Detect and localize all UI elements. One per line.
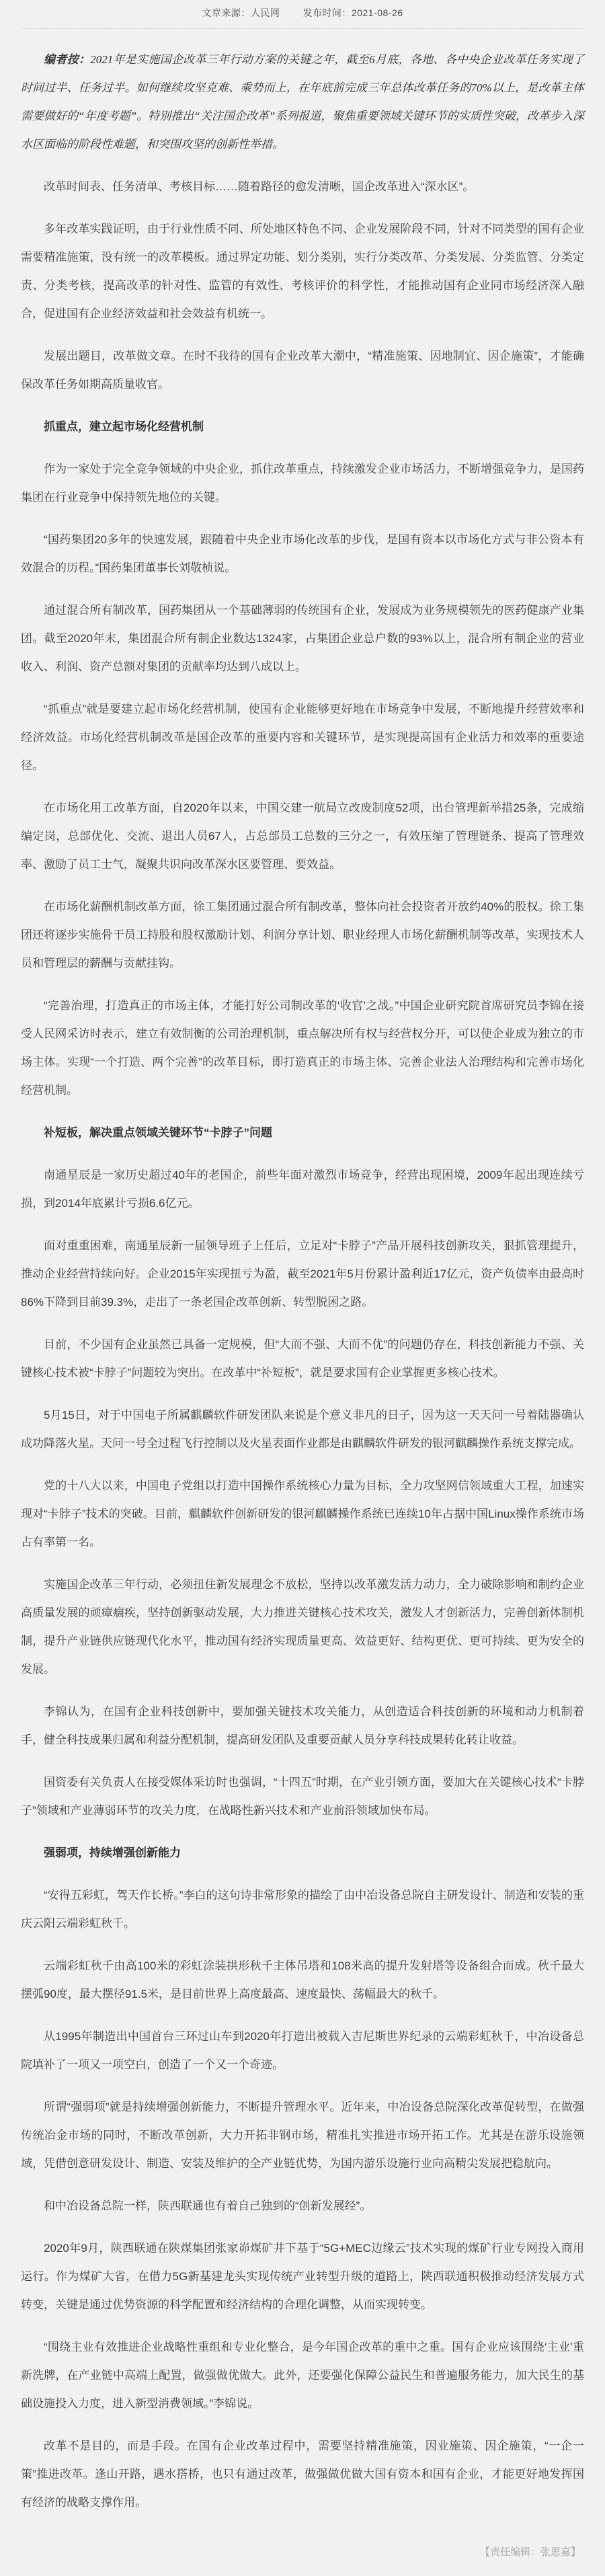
article-paragraph: 从1995年制造出中国首台三环过山车到2020年打造出被载入吉尼斯世界纪录的云端… (21, 2023, 584, 2079)
editor-note: 编者按：2021年是实施国企改革三年行动方案的关键之年，截至6月底，各地、各中央… (21, 46, 584, 159)
article-paragraph: 国资委有关负责人在接受媒体采访时也强调，“十四五”时期，在产业引领方面，要加大在… (21, 1768, 584, 1825)
section-heading: 强弱项，持续增强创新能力 (21, 1839, 584, 1867)
article-paragraph: 实施国企改革三年行动，必须扭住新发展理念不放松，坚持以改革激发活力动力，全力破除… (21, 1571, 584, 1684)
article-paragraph: 通过混合所有制改革，国药集团从一个基础薄弱的传统国有企业，发展成为业务规模领先的… (21, 596, 584, 681)
editor-note-label: 编者按： (44, 53, 90, 66)
article-paragraph: 南通星辰是一家历史超过40年的老国企，前些年面对激烈市场竞争，经营出现困境，20… (21, 1161, 584, 1218)
article-paragraph: “完善治理，打造真正的市场主体，才能打好公司制改革的‘收官’之战。”中国企业研究… (21, 992, 584, 1105)
article-paragraph: 2020年9月，陕西联通在陕煤集团张家峁煤矿井下基于“5G+MEC边缘云”技术实… (21, 2234, 584, 2319)
article-paragraph: 5月15日，对于中国电子所属麒麟软件研发团队来说是个意义非凡的日子，因为这一天天… (21, 1401, 584, 1458)
article-paragraph: 所谓“强弱项”就是持续增强创新能力，不断提升管理水平。近年来，中冶设备总院深化改… (21, 2093, 584, 2178)
article-paragraph: “围绕主业有效推进企业战略性重组和专业化整合，是今年国企改革的重中之重。国有企业… (21, 2333, 584, 2418)
article-paragraph: 多年改革实践证明，由于行业性质不同、所处地区特色不同、企业发展阶段不同，针对不同… (21, 215, 584, 328)
editor-credit: 【责任编辑：张思嘉】 (0, 2540, 605, 2576)
article-paragraph: 目前，不少国有企业虽然已具备一定规模，但“大而不强、大而不优”的问题仍存在，科技… (21, 1331, 584, 1387)
article-paragraph: 在市场化薪酬机制改革方面，徐工集团通过混合所有制改革，整体向社会投资者开放约40… (21, 893, 584, 978)
article-page: 文章来源：人民网发布时间：2021-08-26 编者按：2021年是实施国企改革… (0, 0, 605, 2576)
article-paragraph: “国药集团20多年的快速发展，跟随着中央企业市场化改革的步伐，是国有资本以市场化… (21, 526, 584, 582)
article-paragraph: 在市场化用工改革方面，自2020年以来，中国交建一航局立改废制度52项，出台管理… (21, 794, 584, 879)
article-paragraph: 改革时间表、任务清单、考核目标……随着路径的愈发清晰，国企改革进入“深水区”。 (21, 173, 584, 201)
article-paragraph: 和中冶设备总院一样，陕西联通也有着自己独到的“创新发展经”。 (21, 2192, 584, 2220)
article-meta-bar: 文章来源：人民网发布时间：2021-08-26 (0, 0, 605, 19)
article-paragraph: 发展出题目，改革做文章。在时不我待的国有企业改革大潮中，“精准施策、因地制宜、因… (21, 342, 584, 399)
article-paragraph: 云端彩虹秋千由高100米的彩虹涂装拱形秋千主体吊塔和108米高的提升发射塔等设备… (21, 1952, 584, 2008)
article-paragraph: 改革不是目的，而是手段。在国有企业改革过程中，需要坚持精准施策，因业施策、因企施… (21, 2432, 584, 2517)
article-paragraph: 李锦认为，在国有企业科技创新中，要加强关键技术攻关能力，从创造适合科技创新的环境… (21, 1698, 584, 1754)
article-paragraph: “安得五彩虹，驾天作长桥。”李白的这句诗非常形象的描绘了由中冶设备总院自主研发设… (21, 1881, 584, 1938)
source-label: 文章来源： (202, 7, 251, 18)
article-paragraph: 党的十八大以来，中国电子党组以打造中国操作系统核心力量为目标，全力攻坚网信领域重… (21, 1472, 584, 1557)
publish-time-value: 2021-08-26 (352, 7, 403, 18)
section-heading: 抓重点，建立起市场化经营机制 (21, 413, 584, 441)
article-paragraph: 面对重重困难，南通星辰新一届领导班子上任后，立足对“卡脖子”产品开展科技创新攻关… (21, 1232, 584, 1317)
publish-time-label: 发布时间： (302, 7, 352, 18)
article-paragraph: “抓重点”就是要建立起市场化经营机制，使国有企业能够更好地在市场竞争中发展，不断… (21, 695, 584, 780)
editor-note-text: 2021年是实施国企改革三年行动方案的关键之年，截至6月底，各地、各中央企业改革… (21, 53, 584, 151)
article-body: 编者按：2021年是实施国企改革三年行动方案的关键之年，截至6月底，各地、各中央… (0, 29, 605, 2540)
section-heading: 补短板，解决重点领域关键环节“卡脖子”问题 (21, 1119, 584, 1147)
source-value: 人民网 (251, 7, 280, 18)
article-paragraph: 作为一家处于完全竞争领域的中央企业，抓住改革重点，持续激发企业市场活力，不断增强… (21, 455, 584, 512)
